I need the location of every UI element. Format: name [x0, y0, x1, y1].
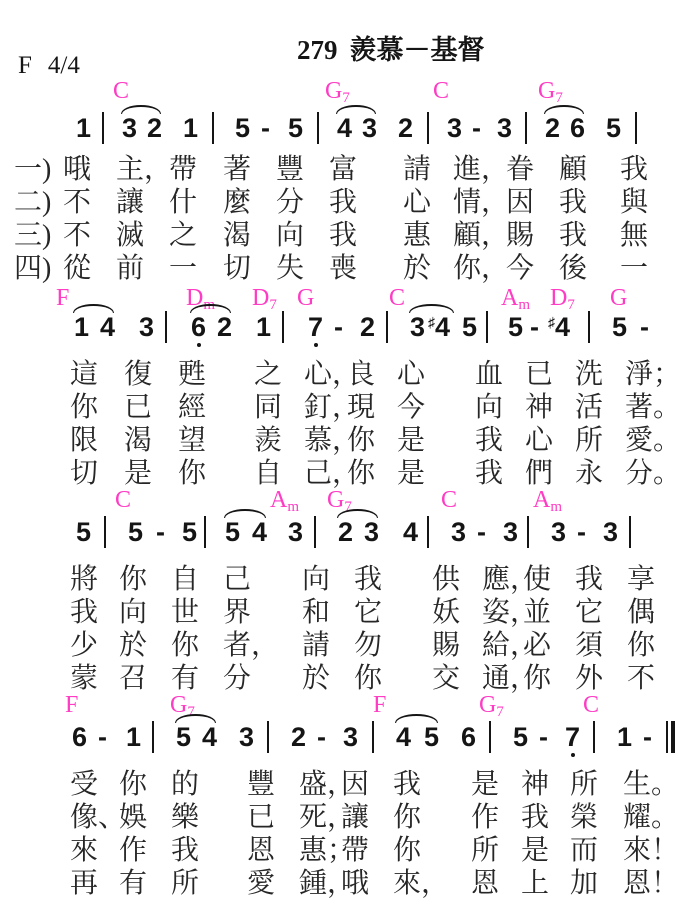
lyric-char: 並 [523, 598, 551, 627]
lyric-char: 著 [223, 155, 251, 184]
lyric-char: 所 [171, 869, 199, 898]
lyric-char: 你 [347, 426, 375, 455]
note-digit: ♯4 [548, 313, 570, 345]
lyric-char: 請 [302, 631, 330, 660]
chord-symbol: F [65, 692, 78, 718]
barline [102, 112, 104, 144]
lyric-char: 從 [63, 254, 91, 283]
note-digit: 3 [288, 518, 303, 546]
lyric-char: 勿 [354, 631, 382, 660]
lyric-char: 作 [119, 836, 147, 865]
chord-symbol: G7 [538, 78, 563, 104]
lyric-char: 是 [397, 459, 425, 488]
lyric-char: 我 [620, 155, 648, 184]
verse-number: 四) [14, 254, 51, 283]
lyric-char: 你， [453, 254, 509, 283]
note-digit: 6 [191, 313, 206, 341]
lyric-char: 眷 [506, 155, 534, 184]
note-digit: 3 [343, 723, 358, 751]
key-time-row: F 4/4 [18, 52, 80, 80]
duration-dash: - [156, 518, 165, 546]
duration-dash: - [530, 313, 539, 341]
barline [635, 112, 637, 144]
key-signature: F [18, 52, 32, 80]
lyric-char: 我 [575, 565, 603, 594]
note-digit: 2 [398, 114, 413, 142]
lyric-char: 自 [254, 459, 282, 488]
lyric-char: 後 [559, 254, 587, 283]
note-digit: 5 [182, 518, 197, 546]
note-digit: 3 [239, 723, 254, 751]
note-digit: 1 [76, 114, 91, 142]
duration-dash: - [577, 518, 586, 546]
chord-symbol: C [115, 487, 131, 513]
chord-symbol: C [389, 285, 405, 311]
lyric-char: 有 [119, 869, 147, 898]
lyric-char: 惠 [403, 221, 431, 250]
lyric-char: 分 [276, 188, 304, 217]
chord-symbol: D7 [252, 285, 277, 311]
lyric-char: 分。 [625, 459, 680, 488]
barline [165, 311, 167, 343]
song-number: 279 [297, 35, 338, 66]
slur-arc [121, 105, 161, 114]
lyric-char: 與 [620, 188, 648, 217]
note-digit: 5 [508, 313, 523, 341]
lyric-char: 樂 [171, 803, 199, 832]
title-row: 279 羨慕－基督 [297, 28, 485, 67]
slur-arc [409, 304, 454, 313]
note-digit: 3 [451, 518, 466, 546]
time-signature: 4/4 [48, 52, 80, 80]
lyric-char: 你 [119, 565, 147, 594]
duration-dash: - [477, 518, 486, 546]
lyric-char: 我 [393, 770, 421, 799]
lyric-char: 神 [521, 770, 549, 799]
lyric-char: 之 [254, 360, 282, 389]
barline [593, 721, 595, 753]
lyric-char: 已 [247, 803, 275, 832]
lyric-char: 有 [171, 664, 199, 693]
note-digit: 1 [183, 114, 198, 142]
lyric-char: 們 [525, 459, 553, 488]
lyric-char: 享 [627, 565, 655, 594]
barline [317, 112, 319, 144]
duration-dash: - [640, 313, 649, 341]
lyric-char: 我 [475, 459, 503, 488]
lyric-char: 恩！ [623, 869, 679, 898]
lyric-char: 良 [347, 360, 375, 389]
lyric-char: 主， [116, 155, 172, 184]
lyric-char: 是 [397, 426, 425, 455]
lyric-char: 不 [627, 664, 655, 693]
lyric-char: 愛 [247, 869, 275, 898]
note-digit: 3 [497, 114, 512, 142]
slur-arc [336, 105, 376, 114]
note-digit: 1 [256, 313, 271, 341]
duration-dash: - [539, 723, 548, 751]
note-digit: 5 [462, 313, 477, 341]
note-digit: 2 [291, 723, 306, 751]
lyric-char: 限 [70, 426, 98, 455]
chord-symbol: F [56, 285, 69, 311]
lyric-char: 己 [223, 565, 251, 594]
lyric-char: 請 [403, 155, 431, 184]
lyric-char: 的 [171, 770, 199, 799]
lyric-char: 須 [575, 631, 603, 660]
lyric-char: 是 [124, 459, 152, 488]
lyric-char: 少 [70, 631, 98, 660]
note-digit: 3 [362, 114, 377, 142]
lyric-char: 而 [570, 836, 598, 865]
lyric-char: 經 [178, 393, 206, 422]
note-digit: 5 [235, 114, 250, 142]
lyric-char: 我 [171, 836, 199, 865]
note-digit: 4 [100, 313, 115, 341]
note-digit: 1 [126, 723, 141, 751]
lyric-char: 一 [620, 254, 648, 283]
lyric-char: 自 [171, 565, 199, 594]
lyric-char: 讓 [341, 803, 369, 832]
lyric-char: 你 [178, 459, 206, 488]
lyric-char: 界 [223, 598, 251, 627]
barline [486, 311, 488, 343]
note-digit: 2 [217, 313, 232, 341]
note-digit: 5 [606, 114, 621, 142]
lyric-char: 蒙 [70, 664, 98, 693]
lyric-char: 現 [347, 393, 375, 422]
note-digit: 7 [565, 723, 580, 751]
lyric-char: 哦 [63, 155, 91, 184]
lyric-char: 情， [453, 188, 509, 217]
note-digit: ♯4 [428, 313, 450, 345]
note-digit: 3 [139, 313, 154, 341]
lyric-char: 受 [70, 770, 98, 799]
lyric-char: 帶 [341, 836, 369, 865]
lyric-char: 加 [570, 869, 598, 898]
barline [525, 112, 527, 144]
chord-symbol: G [610, 285, 627, 311]
lyric-char: 同 [254, 393, 282, 422]
lyric-char: 它 [575, 598, 603, 627]
lyric-char: 所 [471, 836, 499, 865]
lyric-char: 我 [354, 565, 382, 594]
note-digit: 3 [447, 114, 462, 142]
chord-symbol: C [113, 78, 129, 104]
note-digit: 5 [128, 518, 143, 546]
lyric-char: 必 [523, 631, 551, 660]
lyric-char: 我 [559, 221, 587, 250]
lyric-char: 你 [119, 770, 147, 799]
slur-arc [190, 304, 231, 313]
lyric-char: 今 [506, 254, 534, 283]
lyric-char: 洗 [575, 360, 603, 389]
note-digit: 6 [72, 723, 87, 751]
lyric-char: 復 [124, 360, 152, 389]
chord-symbol: D7 [550, 285, 575, 311]
lyric-char: 偶 [627, 598, 655, 627]
lyric-char: 於 [302, 664, 330, 693]
note-digit: 4 [403, 518, 418, 546]
lyric-char: 進， [453, 155, 509, 184]
lyric-char: 已 [525, 360, 553, 389]
lyric-char: 神 [525, 393, 553, 422]
lyric-char: 我 [475, 426, 503, 455]
note-digit: 3 [503, 518, 518, 546]
lyric-char: 豐 [276, 155, 304, 184]
lyric-char: 渴 [223, 221, 251, 250]
note-digit: 5 [612, 313, 627, 341]
note-digit: 5 [513, 723, 528, 751]
lyric-char: 你 [347, 459, 375, 488]
note-digit: 3 [364, 518, 379, 546]
lyric-char: 心 [525, 426, 553, 455]
note-digit: 3 [551, 518, 566, 546]
note-digit: 2 [360, 313, 375, 341]
note-digit: 5 [288, 114, 303, 142]
lyric-char: 一 [169, 254, 197, 283]
note-digit: 5 [176, 723, 191, 751]
lyric-char: 顧 [559, 155, 587, 184]
note-digit: 6 [461, 723, 476, 751]
lyric-char: 生。 [623, 770, 679, 799]
lyric-char: 使 [523, 565, 551, 594]
lyric-char: 切 [70, 459, 98, 488]
lyric-char: 來， [393, 869, 449, 898]
duration-dash: - [317, 723, 326, 751]
lyric-char: 帶 [169, 155, 197, 184]
lyric-char: 心 [397, 360, 425, 389]
note-digit: 5 [424, 723, 439, 751]
lyric-char: 賜 [432, 631, 460, 660]
lyric-char: 淨； [625, 360, 680, 389]
song-title: 羨慕－基督 [350, 28, 485, 67]
lyric-char: 因 [341, 770, 369, 799]
lyric-char: 富 [329, 155, 357, 184]
lyric-char: 你 [627, 631, 655, 660]
lyric-char: 交 [432, 664, 460, 693]
note-digit: 3 [122, 114, 137, 142]
barline [314, 516, 316, 548]
lyric-char: 耀。 [623, 803, 679, 832]
lyric-char: 永 [575, 459, 603, 488]
slur-arc [73, 304, 114, 313]
note-digit: 2 [147, 114, 162, 142]
lyric-char: 無 [620, 221, 648, 250]
duration-dash: - [334, 313, 343, 341]
slur-arc [395, 714, 438, 723]
lyric-char: 著。 [625, 393, 680, 422]
lyric-char: 和 [302, 598, 330, 627]
slur-arc [224, 509, 266, 518]
lyric-char: 我 [329, 221, 357, 250]
lyric-char: 你 [523, 664, 551, 693]
lyric-char: 於 [403, 254, 431, 283]
final-barline [666, 721, 676, 753]
hymn-sheet-page: 279 羨慕－基督 F 4/4 CG7CG713215-54323-3265一)… [0, 0, 680, 920]
note-digit: 2 [545, 114, 560, 142]
lyric-char: 前 [116, 254, 144, 283]
barline [282, 311, 284, 343]
lyric-char: 者， [223, 631, 279, 660]
barline [427, 112, 429, 144]
duration-dash: - [98, 723, 107, 751]
chord-symbol: G7 [325, 78, 350, 104]
verse-number: 三) [14, 221, 51, 250]
lyric-char: 因 [506, 188, 534, 217]
lyric-char: 心 [403, 188, 431, 217]
barline [372, 721, 374, 753]
barline [212, 112, 214, 144]
lyric-char: 向 [119, 598, 147, 627]
lyric-char: 是 [471, 770, 499, 799]
lyric-char: 向 [475, 393, 503, 422]
lyric-char: 作 [471, 803, 499, 832]
note-digit: 5 [225, 518, 240, 546]
lyric-char: 榮 [570, 803, 598, 832]
chord-symbol: G [297, 285, 314, 311]
barline [588, 311, 590, 343]
note-digit: 2 [338, 518, 353, 546]
chord-symbol: C [441, 487, 457, 513]
slur-arc [544, 105, 584, 114]
lyric-char: 你 [70, 393, 98, 422]
lyric-char: 我 [521, 803, 549, 832]
note-digit: 4 [252, 518, 267, 546]
lyric-char: 什 [169, 188, 197, 217]
lyric-char: 上 [521, 869, 549, 898]
lyric-char: 你 [393, 803, 421, 832]
note-digit: 3 [603, 518, 618, 546]
barline [152, 721, 154, 753]
lyric-char: 來 [70, 836, 98, 865]
lyric-char: 不 [63, 188, 91, 217]
lyric-char: 是 [521, 836, 549, 865]
lyric-char: 血 [475, 360, 503, 389]
lyric-char: 不 [63, 221, 91, 250]
lyric-char: 所 [575, 426, 603, 455]
lyric-char: 哦 [341, 869, 369, 898]
lyric-char: 世 [171, 598, 199, 627]
lyric-char: 失 [276, 254, 304, 283]
lyric-char: 來！ [623, 836, 679, 865]
lyric-char: 恩 [471, 869, 499, 898]
lyric-char: 麼 [223, 188, 251, 217]
lyric-char: 我 [70, 598, 98, 627]
slur-arc [175, 714, 216, 723]
lyric-char: 渴 [124, 426, 152, 455]
lyric-char: 於 [119, 631, 147, 660]
barline [104, 516, 106, 548]
lyric-char: 今 [397, 393, 425, 422]
lyric-char: 你 [354, 664, 382, 693]
barline [427, 516, 429, 548]
lyric-char: 顧， [453, 221, 509, 250]
duration-dash: - [261, 114, 270, 142]
chord-symbol: Am [501, 285, 530, 311]
lyric-char: 喪 [329, 254, 357, 283]
lyric-char: 望 [178, 426, 206, 455]
note-digit: 6 [570, 114, 585, 142]
lyric-char: 賜 [506, 221, 534, 250]
note-digit: 3 [410, 313, 425, 341]
note-digit: 4 [202, 723, 217, 751]
lyric-char: 已 [124, 393, 152, 422]
lyric-char: 之 [169, 221, 197, 250]
note-digit: 5 [76, 518, 91, 546]
barline [267, 721, 269, 753]
lyric-char: 羨 [254, 426, 282, 455]
note-digit: 4 [337, 114, 352, 142]
chord-symbol: C [433, 78, 449, 104]
lyric-char: 我 [329, 188, 357, 217]
lyric-char: 愛。 [625, 426, 680, 455]
lyric-char: 它 [354, 598, 382, 627]
lyric-char: 外 [575, 664, 603, 693]
chord-symbol: Am [533, 487, 562, 513]
lyric-char: 甦 [178, 360, 206, 389]
lyric-char: 向 [302, 565, 330, 594]
lyric-char: 活 [575, 393, 603, 422]
lyric-char: 滅 [116, 221, 144, 250]
lyric-char: 恩 [247, 836, 275, 865]
lyric-char: 供 [432, 565, 460, 594]
barline [386, 311, 388, 343]
barline [527, 516, 529, 548]
barline [489, 721, 491, 753]
lyric-char: 我 [559, 188, 587, 217]
note-digit: 7 [308, 313, 323, 341]
lyric-char: 召 [119, 664, 147, 693]
verse-number: 一) [14, 155, 51, 184]
chord-symbol: Am [270, 487, 299, 513]
chord-symbol: F [373, 692, 386, 718]
note-digit: 1 [617, 723, 632, 751]
lyric-char: 你 [171, 631, 199, 660]
lyric-char: 將 [70, 565, 98, 594]
duration-dash: - [643, 723, 652, 751]
lyric-char: 切 [223, 254, 251, 283]
barline [204, 516, 206, 548]
lyric-char: 讓 [116, 188, 144, 217]
lyric-char: 分 [223, 664, 251, 693]
duration-dash: - [472, 114, 481, 142]
lyric-char: 妖 [432, 598, 460, 627]
lyric-char: 你 [393, 836, 421, 865]
lyric-char: 像、 [70, 803, 126, 832]
chord-symbol: C [583, 692, 599, 718]
lyric-char: 豐 [247, 770, 275, 799]
slur-arc [337, 509, 378, 518]
note-digit: 1 [74, 313, 89, 341]
barline [629, 516, 631, 548]
lyric-char: 再 [70, 869, 98, 898]
lyric-char: 這 [70, 360, 98, 389]
chord-symbol: G7 [479, 692, 504, 718]
note-digit: 4 [396, 723, 411, 751]
lyric-char: 娛 [119, 803, 147, 832]
verse-number: 二) [14, 188, 51, 217]
lyric-char: 所 [570, 770, 598, 799]
lyric-char: 向 [276, 221, 304, 250]
